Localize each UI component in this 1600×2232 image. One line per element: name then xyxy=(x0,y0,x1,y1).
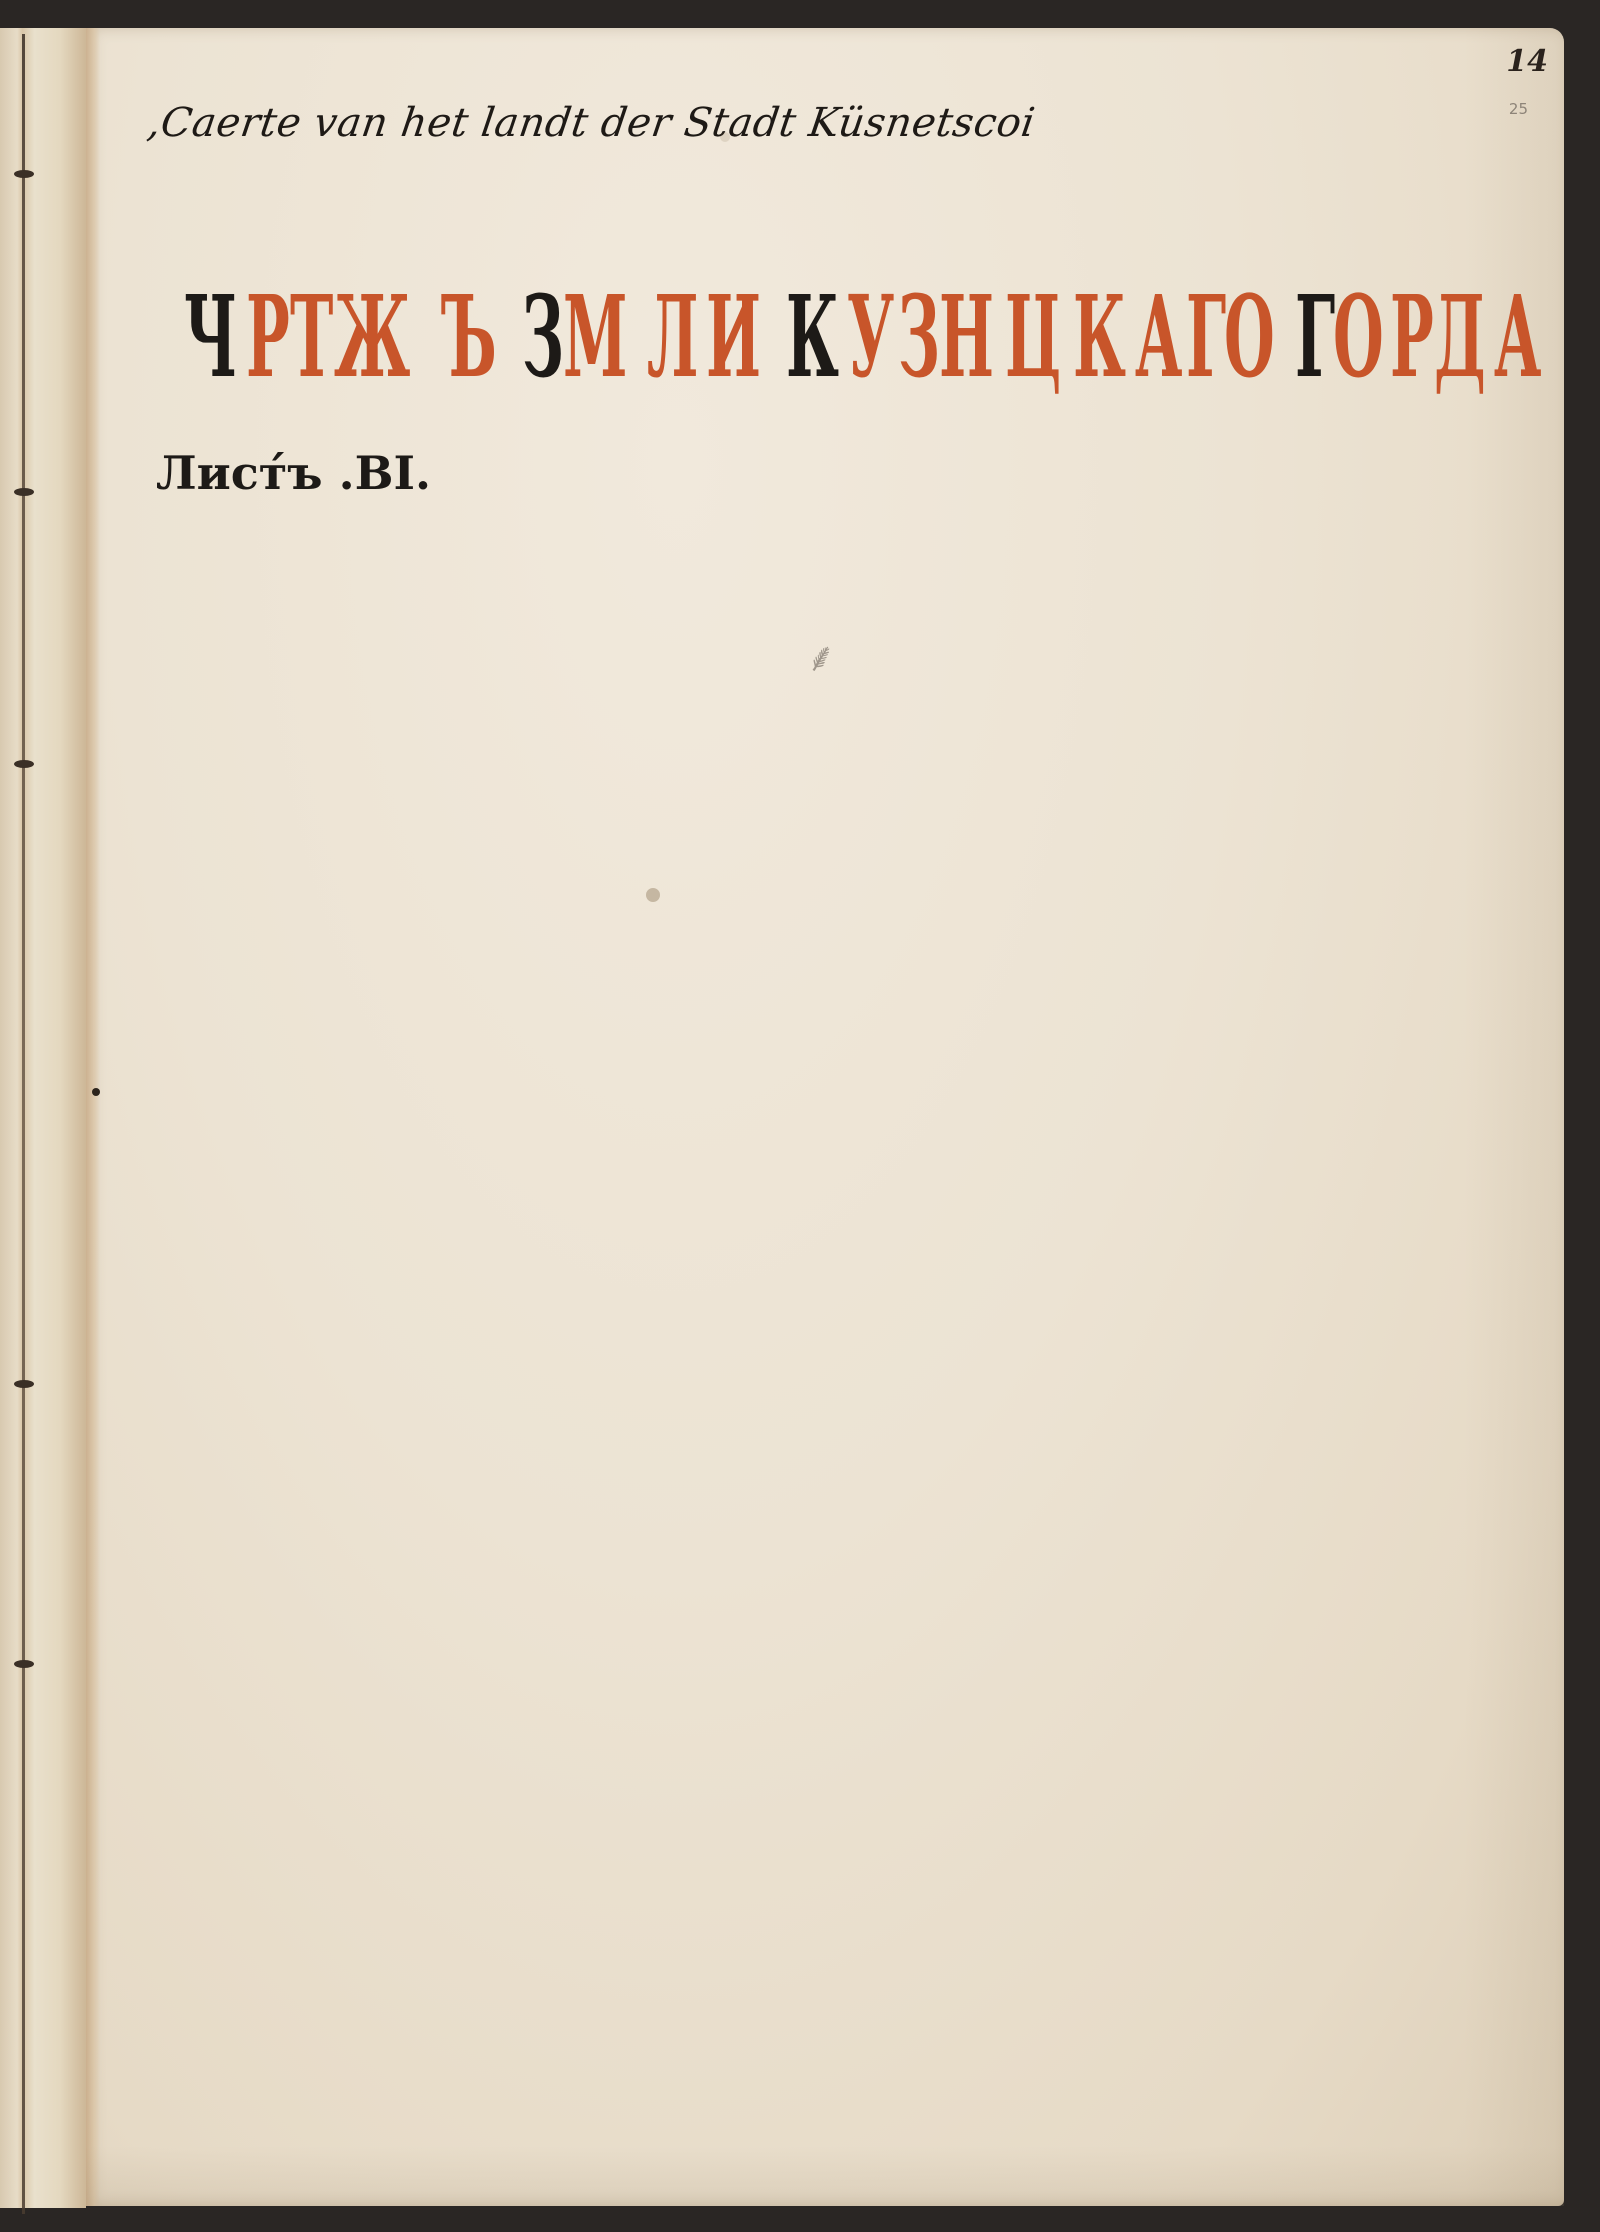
binding-stitch xyxy=(14,1660,34,1668)
title-glyph: К xyxy=(1073,258,1126,418)
title-glyph: Г xyxy=(1186,258,1226,418)
title-word: КУЗНЦКАГО xyxy=(786,258,1282,418)
sheet-label: Лист́ъ .ВI. xyxy=(156,446,431,500)
title-glyph: И xyxy=(706,258,761,418)
binding-stitch xyxy=(14,170,34,178)
title-glyph: К xyxy=(786,258,839,418)
title-glyph: Г xyxy=(1295,258,1335,418)
book-gutter xyxy=(22,34,25,2214)
title-glyph: З xyxy=(522,258,564,418)
title-glyph: Н xyxy=(939,258,994,418)
ink-dot xyxy=(92,1088,100,1096)
title-glyph: О xyxy=(1333,258,1384,418)
paper-stain xyxy=(646,888,660,902)
paper-stain xyxy=(720,132,730,142)
title-glyph: Т xyxy=(290,258,333,418)
preceding-leaves xyxy=(0,28,86,2208)
title-word: ГОРДА xyxy=(1295,258,1545,418)
folio-number: 14 xyxy=(1506,44,1548,79)
title-glyph: Р xyxy=(246,258,290,418)
title-glyph: О xyxy=(1224,258,1275,418)
title-glyph: М xyxy=(563,258,627,418)
binding-stitch xyxy=(14,488,34,496)
title-glyph: У xyxy=(847,258,894,418)
title-glyph: З xyxy=(898,258,940,418)
manuscript-page: 14 25 ,Caerte van het landt der Stadt Kü… xyxy=(86,28,1564,2206)
title-glyph: Ж xyxy=(334,258,410,418)
ink-blot: ⸙ xyxy=(806,628,846,678)
title-word: ЗМЛИ xyxy=(522,258,772,418)
page-shading-bottom xyxy=(86,2146,1564,2206)
title-glyph: Р xyxy=(1390,258,1434,418)
title-glyph: Ъ xyxy=(441,258,497,418)
title-glyph: А xyxy=(1494,258,1541,418)
title-glyph: Ч xyxy=(184,258,237,418)
title-glyph: А xyxy=(1135,258,1182,418)
dutch-caption: ,Caerte van het landt der Stadt Küsnetsc… xyxy=(145,100,1038,146)
pencil-page-number: 25 xyxy=(1509,100,1528,118)
title-glyph: Л xyxy=(647,258,699,418)
binding-stitch xyxy=(14,1380,34,1388)
binding-stitch xyxy=(14,760,34,768)
title-glyph: Д xyxy=(1434,258,1486,418)
title-word: ЧРТЖЪ xyxy=(184,258,508,418)
title-glyph: Ц xyxy=(1005,258,1061,418)
page-inner-edge xyxy=(86,28,100,2206)
slavonic-title: ЧРТЖЪЗМЛИКУЗНЦКАГОГОРДА xyxy=(184,228,1559,418)
